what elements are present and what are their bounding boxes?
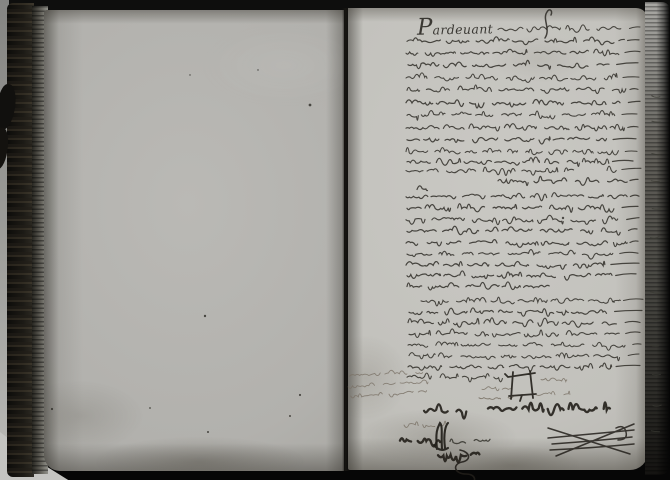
right-page-manuscript xyxy=(348,8,648,470)
left-page-blank xyxy=(44,10,344,471)
right-fore-edge xyxy=(645,2,670,475)
opening-word: Pardeuant xyxy=(417,15,494,40)
manuscript-photo: Pardeuant xyxy=(0,0,670,480)
book-spine-edge xyxy=(7,3,34,477)
